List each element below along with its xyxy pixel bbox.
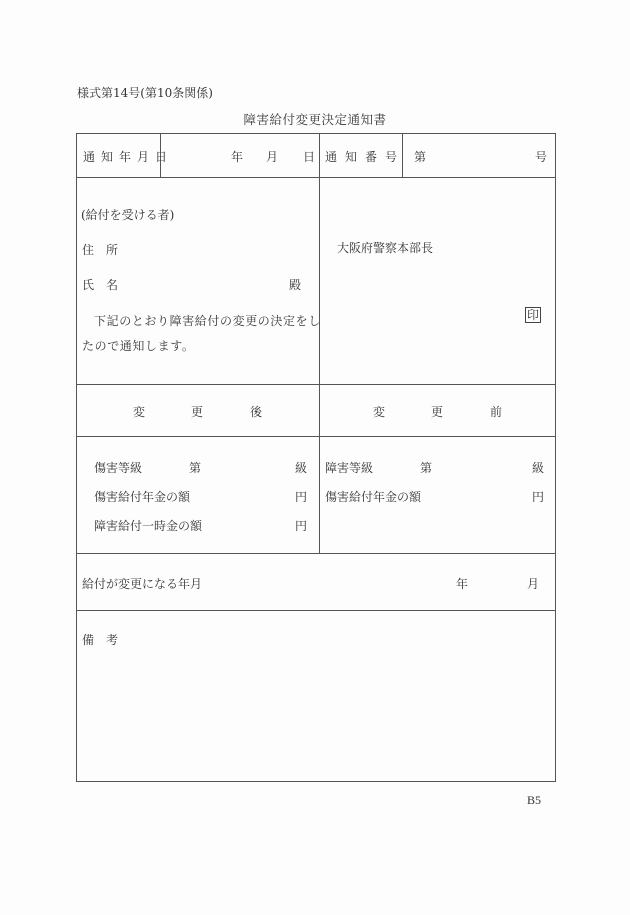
before-grade-prefix: 第 [420,459,432,476]
before-pension-unit: 円 [532,488,544,505]
official-seal-mark: 印 [525,307,541,323]
after-grade-prefix: 第 [189,459,201,476]
before-grade-suffix: 級 [532,459,544,476]
paper-size-label: B5 [527,793,541,808]
before-change-header-char: 変 [373,403,385,420]
recipient-address-field[interactable] [120,236,310,258]
after-change-header-char: 変 [133,403,145,420]
before-change-header-char: 更 [431,403,443,420]
recipient-name-label: 氏 名 [82,276,118,293]
before-grade-field[interactable] [436,455,526,475]
change-month-year-unit: 年 [456,575,468,592]
issuer-name: 大阪府警察本部長 [337,239,433,256]
seal-icon: 印 [525,307,541,323]
before-change-header-char: 前 [490,403,502,420]
form-number: 様式第14号(第10条関係) [77,84,213,101]
recipient-heading: (給付を受ける者) [81,206,174,223]
after-pension-field[interactable] [200,484,290,504]
after-pension-label: 傷害給付年金の額 [94,488,190,505]
recipient-address-label: 住 所 [82,241,118,258]
notice-date-field[interactable] [161,134,318,176]
row-divider [76,436,556,437]
notice-message-line1: 下記のとおり障害給付の変更の決定をし [94,312,321,329]
before-pension-label: 傷害給付年金の額 [325,488,421,505]
after-lump-sum-label: 障害給付一時金の額 [94,517,202,534]
document-title: 障害給付変更決定通知書 [0,110,630,128]
recipient-name-field[interactable] [120,271,285,293]
after-change-header-char: 更 [191,403,203,420]
notice-date-label: 通知年月日 [83,148,173,165]
after-grade-field[interactable] [205,455,290,475]
before-grade-label: 障害等級 [325,459,373,476]
before-pension-field[interactable] [432,484,527,504]
notice-number-label: 通知番号 [325,148,405,165]
column-divider [319,133,320,553]
after-grade-label: 傷害等級 [94,459,142,476]
row-divider [76,610,556,611]
after-lump-sum-unit: 円 [295,517,307,534]
row-divider [76,177,556,178]
recipient-honorific: 殿 [289,276,301,293]
after-change-header-char: 後 [250,403,262,420]
after-grade-suffix: 級 [295,459,307,476]
row-divider [76,384,556,385]
remarks-field[interactable] [78,650,554,778]
notice-message-line2: たので通知します。 [82,337,194,354]
after-pension-unit: 円 [295,488,307,505]
notice-number-field[interactable] [403,134,555,176]
change-month-month-unit: 月 [527,575,539,592]
change-month-label: 給付が変更になる年月 [82,575,202,592]
remarks-label: 備 考 [82,631,118,648]
after-lump-sum-field[interactable] [205,513,290,533]
row-divider [76,553,556,554]
